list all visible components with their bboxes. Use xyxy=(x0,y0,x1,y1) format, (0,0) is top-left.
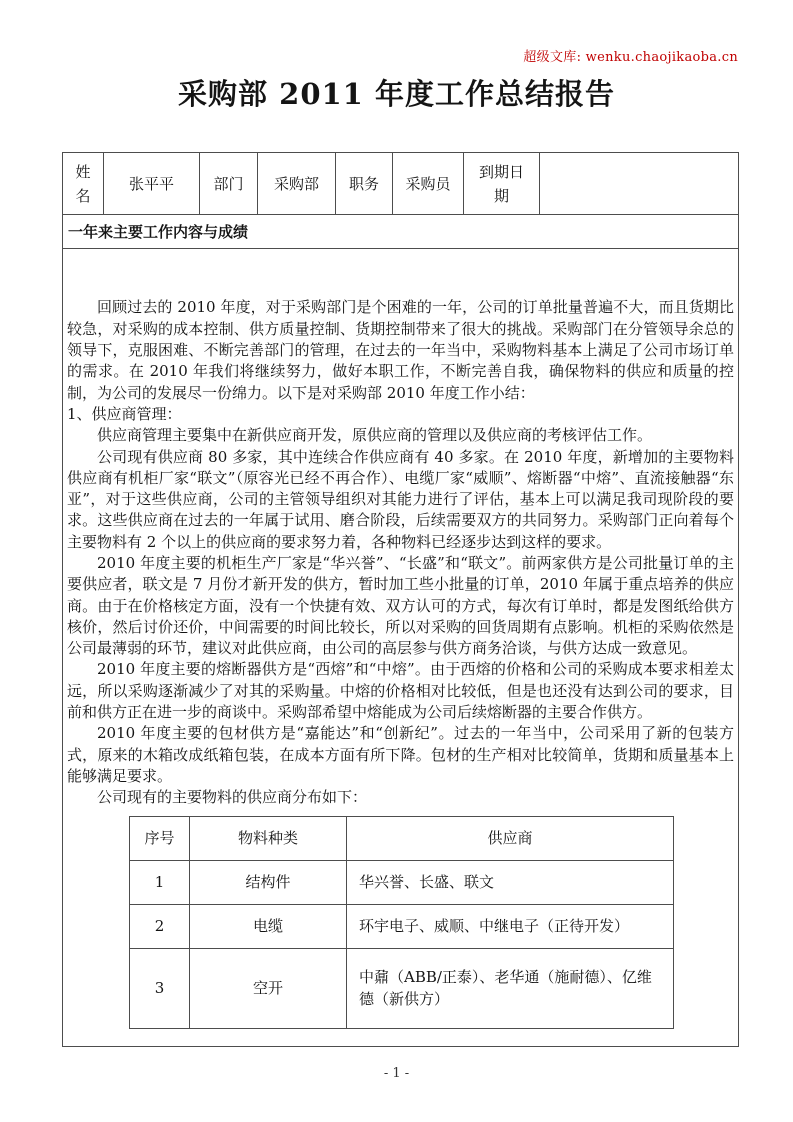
due-date-value-cell xyxy=(540,153,739,215)
paragraph: 1、供应商管理： xyxy=(67,404,734,425)
dept-value-cell: 采购部 xyxy=(258,153,336,215)
body-row: 回顾过去的 2010 年度，对于采购部门是个困难的一年，公司的订单批量普遍不大，… xyxy=(63,249,739,1047)
col-header-category: 物料种类 xyxy=(190,816,347,860)
paragraph: 公司现有的主要物料的供应商分布如下： xyxy=(67,787,734,808)
due-date-label-cell: 到期日期 xyxy=(464,153,540,215)
name-value-cell: 张平平 xyxy=(104,153,200,215)
table-row: 2 电缆 环宇电子、威顺、中继电子（正待开发） xyxy=(130,904,674,948)
paragraph: 2010 年度主要的机柜生产厂家是“华兴誉”、“长盛”和“联文”。前两家供方是公… xyxy=(67,553,734,659)
table-row: 1 结构件 华兴誉、长盛、联文 xyxy=(130,860,674,904)
row-suppliers: 中鼐（ABB/正泰）、老华通（施耐德）、亿维德（新供方） xyxy=(347,948,674,1028)
name-label: 姓名 xyxy=(75,160,92,208)
section-heading: 一年来主要工作内容与成绩 xyxy=(63,215,739,249)
paragraph: 供应商管理主要集中在新供应商开发，原供应商的管理以及供应商的考核评估工作。 xyxy=(67,425,734,446)
row-category: 电缆 xyxy=(190,904,347,948)
row-suppliers: 华兴誉、长盛、联文 xyxy=(347,860,674,904)
supplier-table: 序号 物料种类 供应商 1 结构件 华兴誉、长盛、联文 2 xyxy=(129,816,674,1029)
body-cell: 回顾过去的 2010 年度，对于采购部门是个困难的一年，公司的订单批量普遍不大，… xyxy=(63,249,739,1047)
col-header-supplier: 供应商 xyxy=(347,816,674,860)
document-title: 采购部 2011 年度工作总结报告 xyxy=(0,72,793,113)
employee-info-row: 姓名 张平平 部门 采购部 职务 采购员 到期日期 xyxy=(63,153,739,215)
table-row: 3 空开 中鼐（ABB/正泰）、老华通（施耐德）、亿维德（新供方） xyxy=(130,948,674,1028)
paragraph: 回顾过去的 2010 年度，对于采购部门是个困难的一年，公司的订单批量普遍不大，… xyxy=(67,297,734,403)
col-header-no: 序号 xyxy=(130,816,190,860)
paragraph: 公司现有供应商 80 多家，其中连续合作供应商有 40 多家。在 2010 年度… xyxy=(67,447,734,553)
report-table: 姓名 张平平 部门 采购部 职务 采购员 到期日期 一年来主要工作内容与成绩 回… xyxy=(62,152,739,1047)
section-heading-row: 一年来主要工作内容与成绩 xyxy=(63,215,739,249)
row-category: 空开 xyxy=(190,948,347,1028)
dept-label-cell: 部门 xyxy=(200,153,258,215)
due-date-label: 到期日期 xyxy=(478,160,526,208)
position-value-cell: 采购员 xyxy=(393,153,464,215)
supplier-table-header-row: 序号 物料种类 供应商 xyxy=(130,816,674,860)
name-label-cell: 姓名 xyxy=(63,153,104,215)
watermark-text: 超级文库: wenku.chaojikaoba.cn xyxy=(523,46,738,65)
row-no: 3 xyxy=(130,948,190,1028)
row-category: 结构件 xyxy=(190,860,347,904)
position-label-cell: 职务 xyxy=(336,153,393,215)
document-page: 超级文库: wenku.chaojikaoba.cn 采购部 2011 年度工作… xyxy=(0,0,793,1122)
page-number: - 1 - xyxy=(0,1066,793,1081)
paragraph: 2010 年度主要的包材供方是“嘉能达”和“创新纪”。过去的一年当中，公司采用了… xyxy=(67,723,734,787)
row-no: 2 xyxy=(130,904,190,948)
row-no: 1 xyxy=(130,860,190,904)
paragraph: 2010 年度主要的熔断器供方是“西熔”和“中熔”。由于西熔的价格和公司的采购成… xyxy=(67,659,734,723)
row-suppliers: 环宇电子、威顺、中继电子（正待开发） xyxy=(347,904,674,948)
